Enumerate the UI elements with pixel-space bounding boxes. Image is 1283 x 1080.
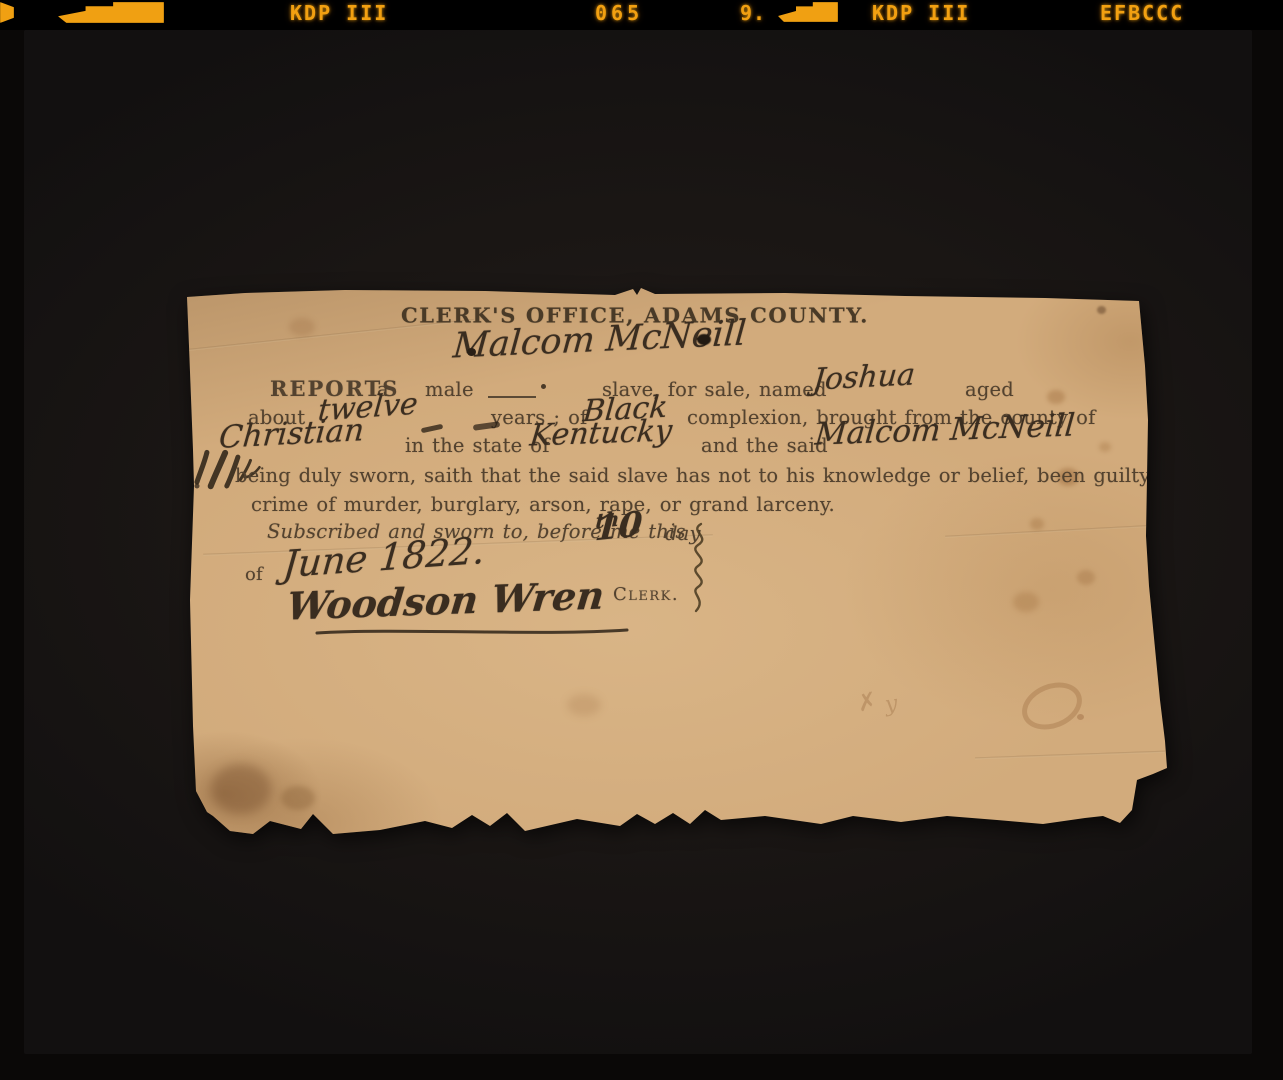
film-frame-digit: 9. <box>740 1 766 25</box>
faint-ring-mark <box>1015 674 1089 738</box>
faint-mark-x: ✗ <box>854 686 879 718</box>
day-number: 10 <box>594 504 644 549</box>
ink-dot <box>467 348 476 356</box>
film-arrow-icon <box>58 2 164 23</box>
faint-mark-y: y <box>883 691 899 717</box>
handwritten-slave-name: Joshua <box>812 357 917 398</box>
film-mark-kdp-right: KDP III <box>872 1 970 25</box>
photograph-of-document: KDP III 065 9. KDP III EFBCCC <box>0 0 1283 1080</box>
film-frame-number: 065 <box>595 1 643 25</box>
film-mark-kdp-left: KDP III <box>290 1 388 25</box>
line4-printed-text: being duly sworn, saith that the said sl… <box>235 464 1217 487</box>
ink-smear <box>421 424 444 433</box>
handwritten-day-number: 10th <box>594 506 621 549</box>
film-edge-code: EFBCCC <box>1100 1 1184 25</box>
ink-blot <box>697 334 711 345</box>
film-arrow-icon <box>778 2 838 22</box>
clerk-label: Clerk. <box>613 584 679 605</box>
blank-line <box>488 382 536 398</box>
paper-crease <box>945 524 1165 538</box>
ink-dot <box>541 384 546 389</box>
handwritten-state: Kentucky <box>528 413 674 453</box>
gender-word: male <box>425 378 474 401</box>
handwritten-name-line3: Malcom McNeill <box>813 407 1076 452</box>
document-paper: CLERK'S OFFICE, ADAMS COUNTY. Malcom McN… <box>185 286 1170 838</box>
aged-word: aged <box>965 378 1014 401</box>
ink-smear <box>473 421 501 431</box>
brace-mark <box>685 522 711 614</box>
line5-printed-text: crime of murder, burglary, arson, rape, … <box>251 493 835 516</box>
film-edge-strip: KDP III 065 9. KDP III EFBCCC <box>0 0 1283 30</box>
film-mark-partial-icon <box>0 2 14 23</box>
and-said-words: and the said <box>701 434 828 457</box>
paper-crease <box>975 751 1165 760</box>
faint-dot-mark <box>1077 714 1084 720</box>
of-word: of <box>245 564 263 585</box>
signature-underline <box>315 626 631 638</box>
